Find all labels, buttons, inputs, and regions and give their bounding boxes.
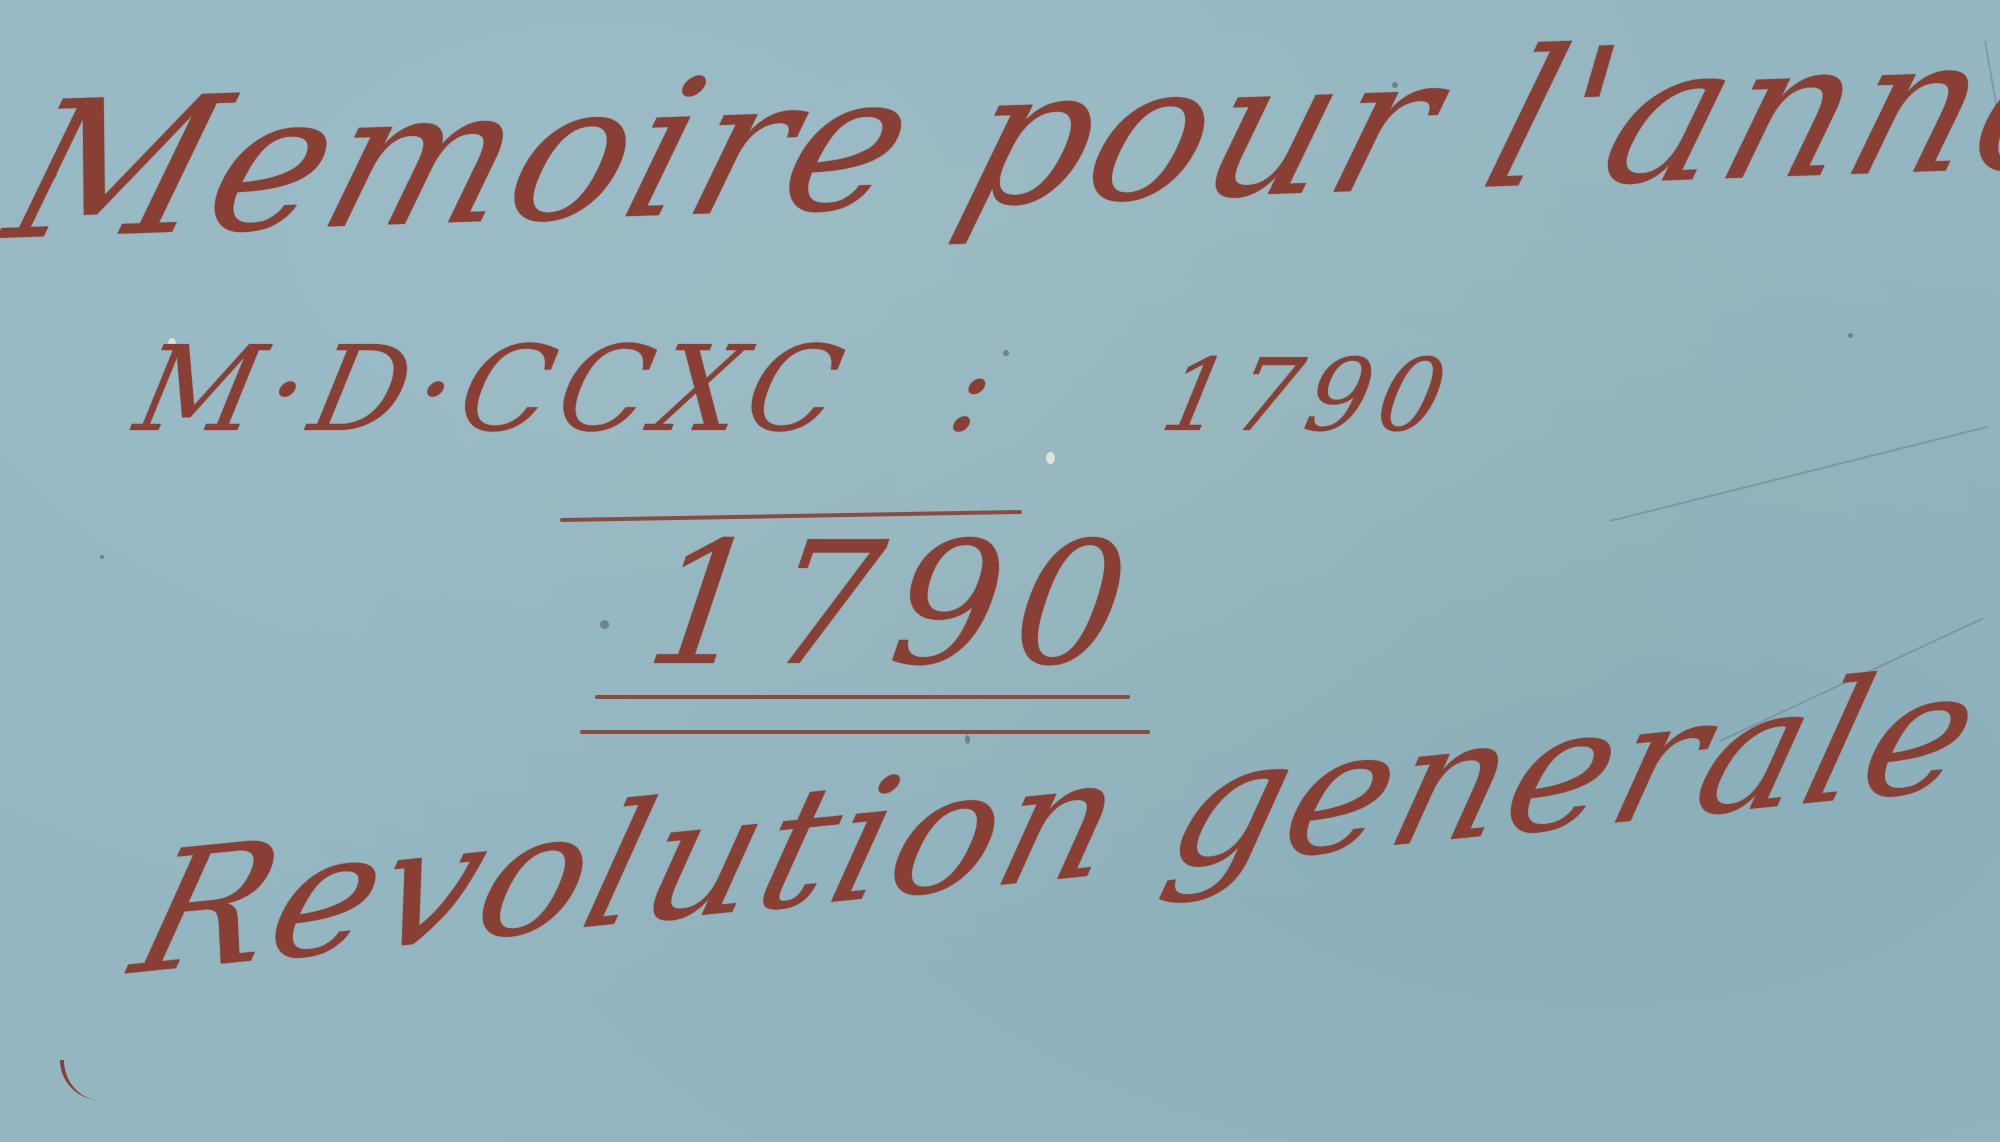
paper-speck <box>1046 452 1055 464</box>
paper-speck <box>1848 333 1853 338</box>
inline-year: 1790 <box>1152 337 1463 454</box>
roman-numeral-date: M·D·CCXC <box>125 320 862 458</box>
paper-speck <box>600 620 609 629</box>
date-separator: : <box>938 320 1015 458</box>
double-underline-top <box>595 695 1130 699</box>
year-heading: 1790 <box>638 520 1151 690</box>
paper-speck <box>100 555 104 559</box>
roman-date-line: M·D·CCXC : 1790 <box>127 330 1465 448</box>
